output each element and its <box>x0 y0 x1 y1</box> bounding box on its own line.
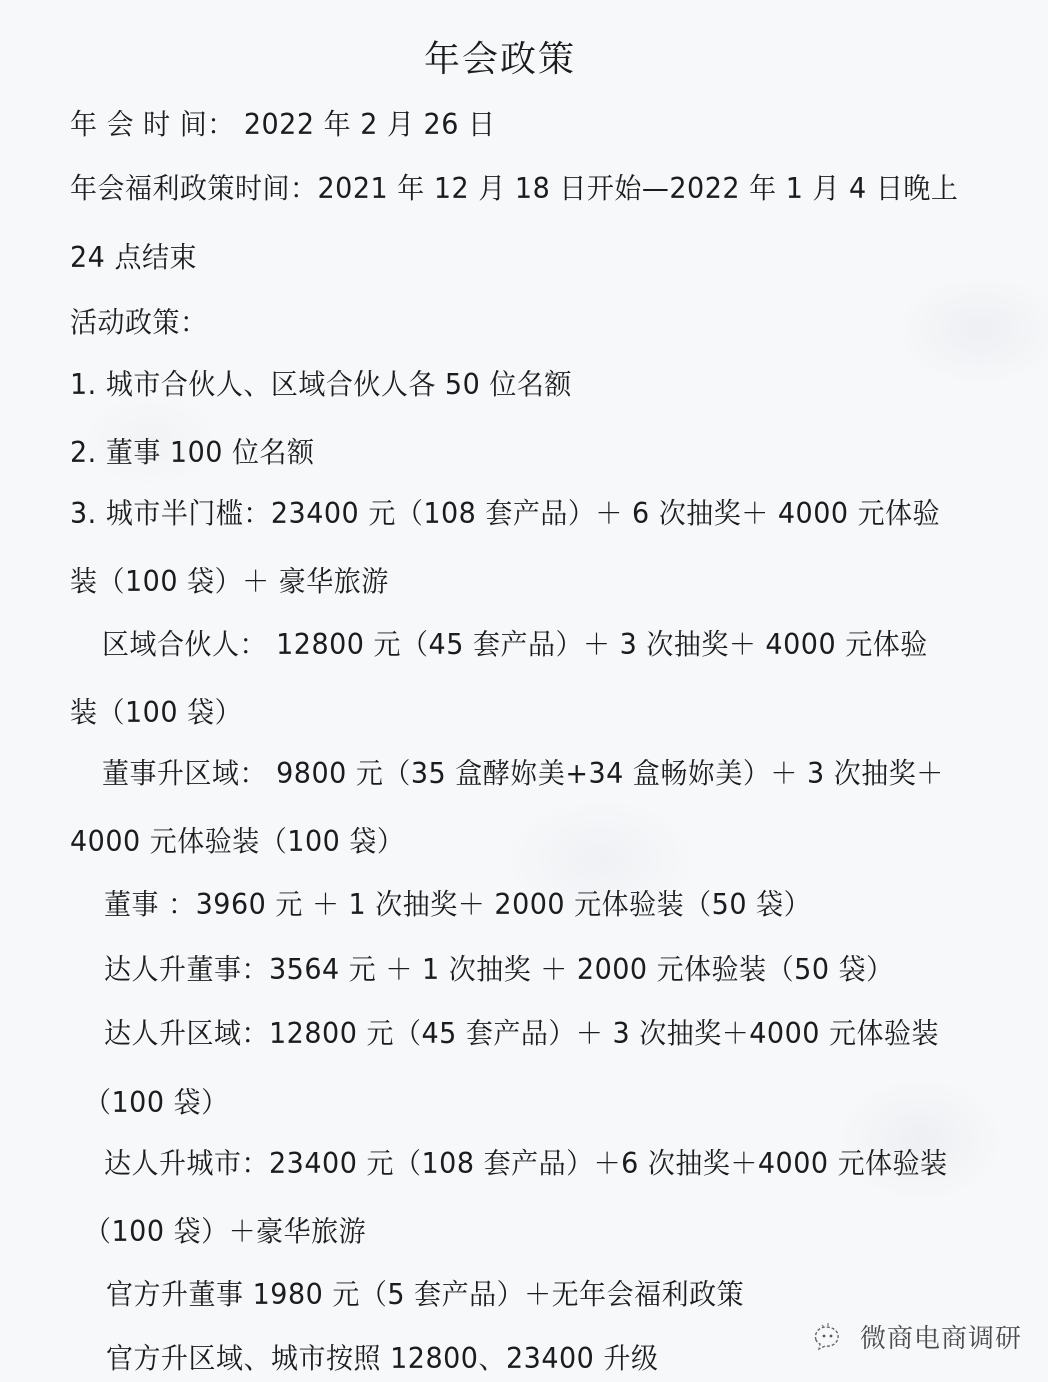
talent-to-director-policy: 达人升董事：3564 元 ＋ 1 次抽奖 ＋ 2000 元体验装（50 袋） <box>104 953 894 989</box>
talent-to-regional-policy-cont: （100 袋） <box>84 1086 229 1122</box>
talent-to-city-policy-cont: （100 袋）＋豪华旅游 <box>84 1215 366 1251</box>
director-policy: 董事 ：3960 元 ＋ 1 次抽奖＋ 2000 元体验装（50 袋） <box>104 888 811 924</box>
watermark: 微商电商调研 <box>812 1318 1022 1355</box>
regional-partner-policy: 区域合伙人： 12800 元（45 套产品）＋ 3 次抽奖＋ 4000 元体验 <box>102 628 928 664</box>
document-title: 年会政策 <box>0 38 1000 82</box>
policy-item-3: 3. 城市半门槛：23400 元（108 套产品）＋ 6 次抽奖＋ 4000 元… <box>70 497 940 533</box>
welfare-policy-period: 年会福利政策时间：2021 年 12 月 18 日开始—2022 年 1 月 4… <box>70 172 958 208</box>
talent-to-city-policy: 达人升城市：23400 元（108 套产品）＋6 次抽奖＋4000 元体验装 <box>104 1147 948 1183</box>
director-to-regional-policy-cont: 4000 元体验装（100 袋） <box>70 825 404 861</box>
director-to-regional-policy: 董事升区域： 9800 元（35 盒酵妳美+34 盒畅妳美）＋ 3 次抽奖＋ <box>102 757 944 793</box>
annual-meeting-date: 年 会 时 间： 2022 年 2 月 26 日 <box>70 108 496 144</box>
welfare-policy-period-end: 24 点结束 <box>70 241 197 277</box>
official-to-regional-city-policy: 官方升区域、城市按照 12800、23400 升级 <box>106 1342 658 1378</box>
official-to-director-policy: 官方升董事 1980 元（5 套产品）＋无年会福利政策 <box>106 1278 744 1314</box>
wechat-icon <box>812 1322 846 1352</box>
policy-item-2: 2. 董事 100 位名额 <box>70 436 315 472</box>
watermark-text: 微商电商调研 <box>860 1318 1022 1355</box>
policy-item-1: 1. 城市合伙人、区域合伙人各 50 位名额 <box>70 368 572 404</box>
document-page: 年会政策 年 会 时 间： 2022 年 2 月 26 日 年会福利政策时间：2… <box>0 0 1048 1382</box>
regional-partner-policy-cont: 装（100 袋） <box>70 696 242 732</box>
talent-to-regional-policy: 达人升区域：12800 元（45 套产品）＋ 3 次抽奖＋4000 元体验装 <box>104 1017 939 1053</box>
policy-item-3-cont: 装（100 袋）＋ 豪华旅游 <box>70 565 389 601</box>
activity-policy-heading: 活动政策： <box>70 306 208 342</box>
